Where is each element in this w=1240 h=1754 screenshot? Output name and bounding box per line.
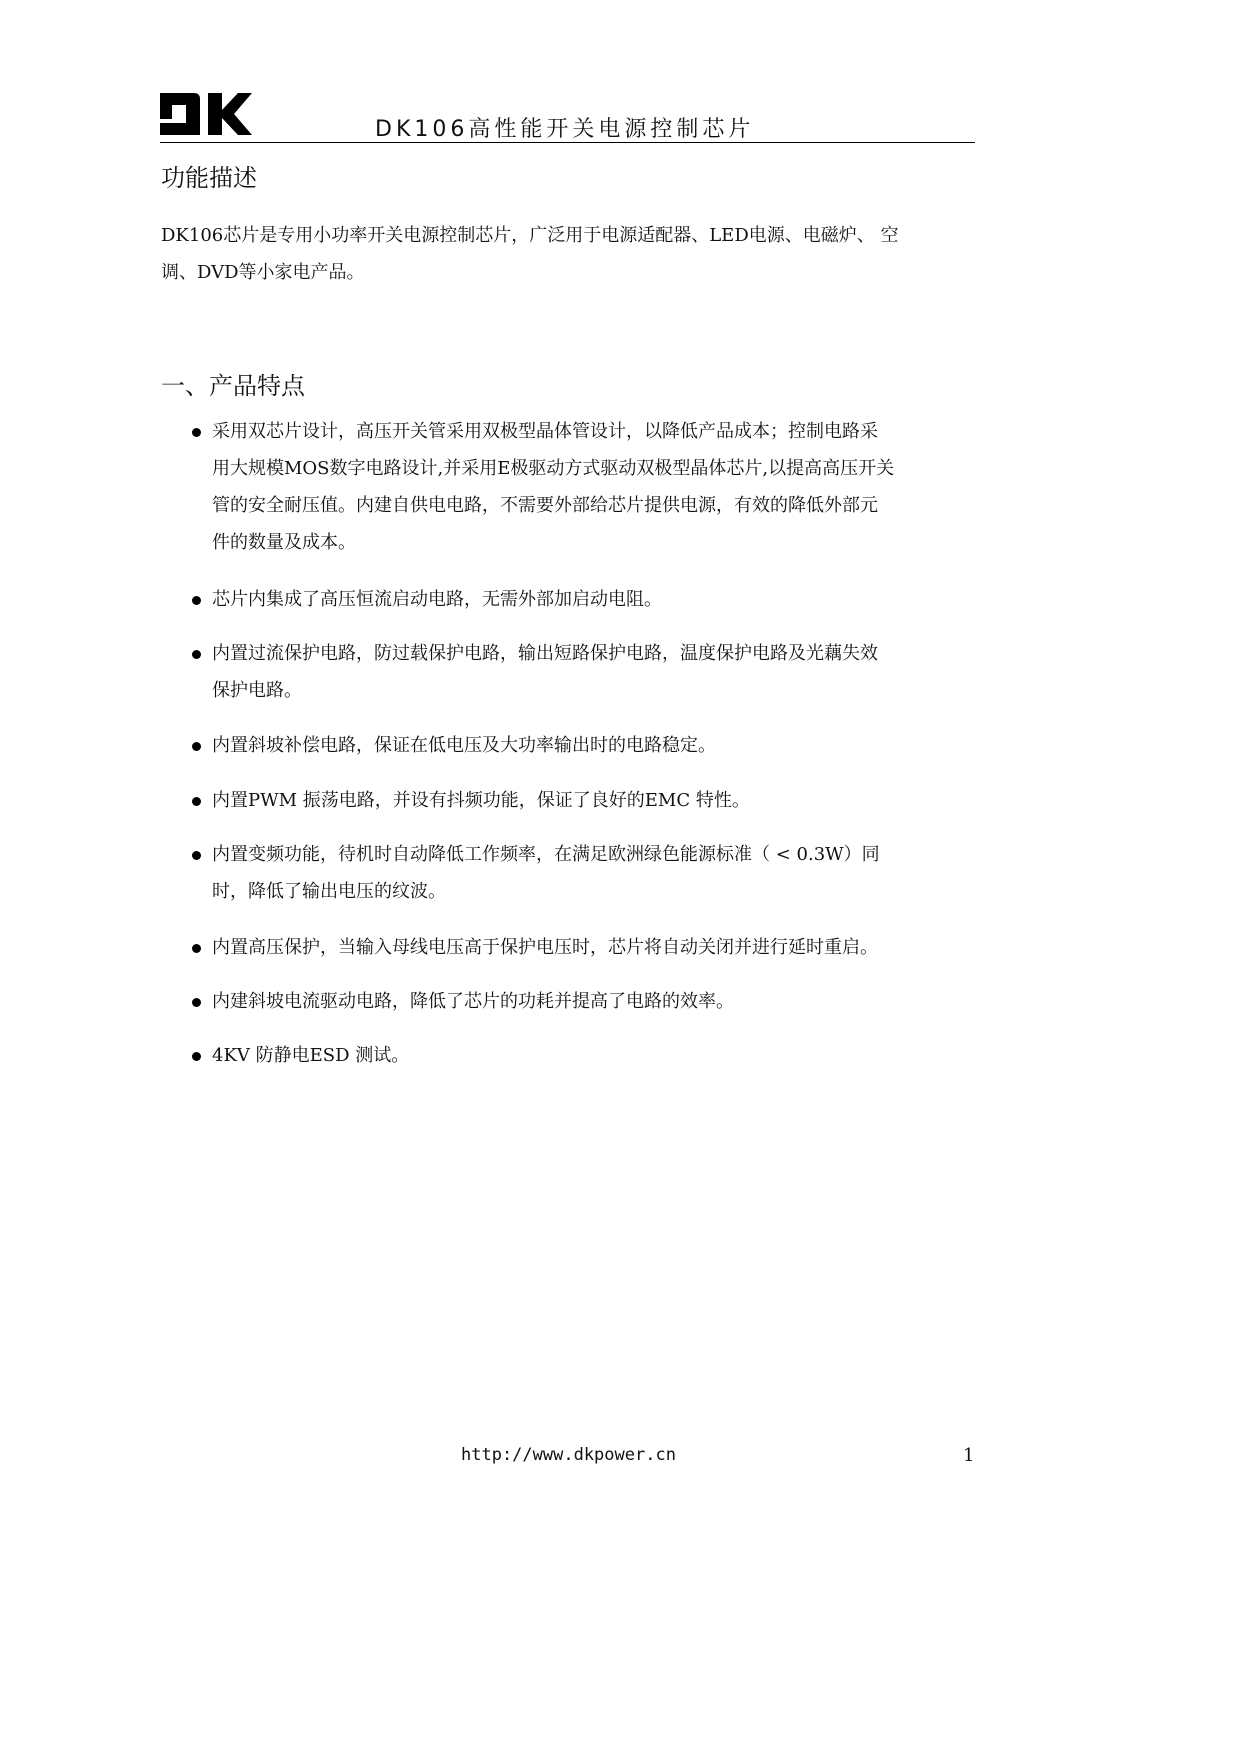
feature-line: 管的安全耐压值。内建自供电电路，不需要外部给芯片提供电源，有效的降低外部元 [212,487,982,524]
feature-line: 件的数量及成本。 [212,524,982,561]
footer-url-link[interactable]: http://www.dkpower.cn [461,1445,676,1465]
feature-line: 4KV 防静电ESD 测试。 [212,1037,982,1074]
feature-line: 时，降低了输出电压的纹波。 [212,873,982,910]
document-page: DK106高性能开关电源控制芯片 功能描述 DK106芯片是专用小功率开关电源控… [0,0,1240,1754]
section-heading-description: 功能描述 [161,158,257,193]
section-heading-features: 一、产品特点 [161,366,305,401]
feature-line: 芯片内集成了高压恒流启动电路，无需外部加启动电阻。 [212,581,982,618]
feature-line: 内置高压保护，当输入母线电压高于保护电压时，芯片将自动关闭并进行延时重启。 [212,929,982,966]
feature-line: 用大规模MOS数字电路设计,并采用E极驱动方式驱动双极型晶体芯片,以提高高压开关 [212,450,982,487]
feature-line: 内置过流保护电路，防过载保护电路，输出短路保护电路，温度保护电路及光藕失效 [212,635,982,672]
page-number: 1 [963,1445,974,1466]
bullet-icon [192,1052,201,1061]
description-line: DK106芯片是专用小功率开关电源控制芯片，广泛用于电源适配器、LED电源、电磁… [161,217,976,254]
feature-line: 保护电路。 [212,672,982,709]
document-header-title: DK106高性能开关电源控制芯片 [375,112,754,143]
bullet-icon [192,742,201,751]
description-paragraph: DK106芯片是专用小功率开关电源控制芯片，广泛用于电源适配器、LED电源、电磁… [161,217,976,291]
bullet-icon [192,998,201,1007]
bullet-icon [192,797,201,806]
header-divider [160,142,975,143]
description-line: 调、DVD等小家电产品。 [161,254,976,291]
bullet-icon [192,596,201,605]
feature-line: 内建斜坡电流驱动电路，降低了芯片的功耗并提高了电路的效率。 [212,983,982,1020]
feature-line: 内置斜坡补偿电路，保证在低电压及大功率输出时的电路稳定。 [212,727,982,764]
bullet-icon [192,851,201,860]
feature-line: 采用双芯片设计，高压开关管采用双极型晶体管设计，以降低产品成本；控制电路采 [212,413,982,450]
bullet-icon [192,944,201,953]
bullet-icon [192,428,201,437]
feature-line: 内置变频功能，待机时自动降低工作频率，在满足欧洲绿色能源标准（ < 0.3W）同 [212,836,982,873]
bullet-icon [192,650,201,659]
feature-line: 内置PWM 振荡电路，并设有抖频功能，保证了良好的EMC 特性。 [212,782,982,819]
dk-logo [160,93,252,135]
